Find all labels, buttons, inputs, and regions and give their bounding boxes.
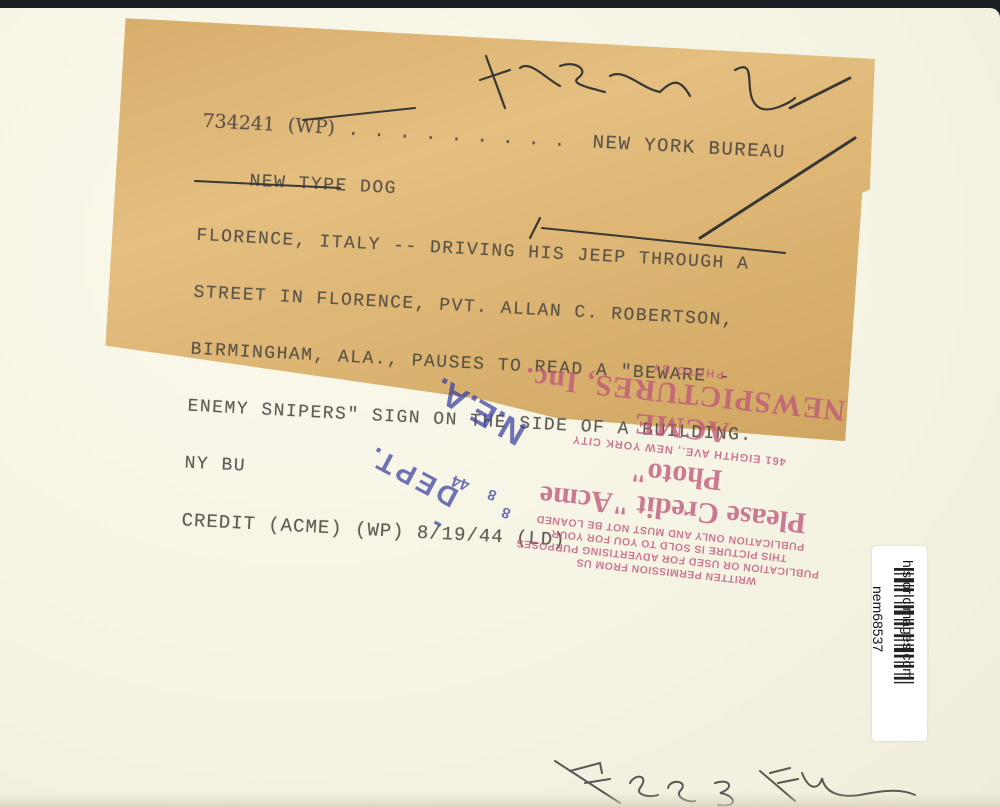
reference-number: 734241 [202,110,276,136]
caption-line: FLORENCE, ITALY -- DRIVING HIS JEEP THRO… [196,227,886,282]
caption-line: STREET IN FLORENCE, PVT. ALLAN C. ROBERT… [193,284,883,339]
bureau: NEW YORK BUREAU [592,131,786,163]
dot-leader: . . . . . . . . . [347,119,567,152]
caption-header: 734241 (WP) . . . . . . . . . NEW YORK B… [202,112,892,168]
headline: NEW TYPE DOG [199,170,889,225]
sticker-id: nem68537 [870,586,886,652]
barcode-sticker: historicimages.com nem68537 [872,546,927,741]
bottom-handwriting [540,743,940,807]
photo-back: 734241 (WP) . . . . . . . . . NEW YORK B… [0,8,1000,807]
barcode [894,568,914,718]
acme-credit-stamp: WRITTEN PERMISSION FROM US PUBLICATION O… [497,381,854,596]
service-tag: (WP) [287,114,335,138]
